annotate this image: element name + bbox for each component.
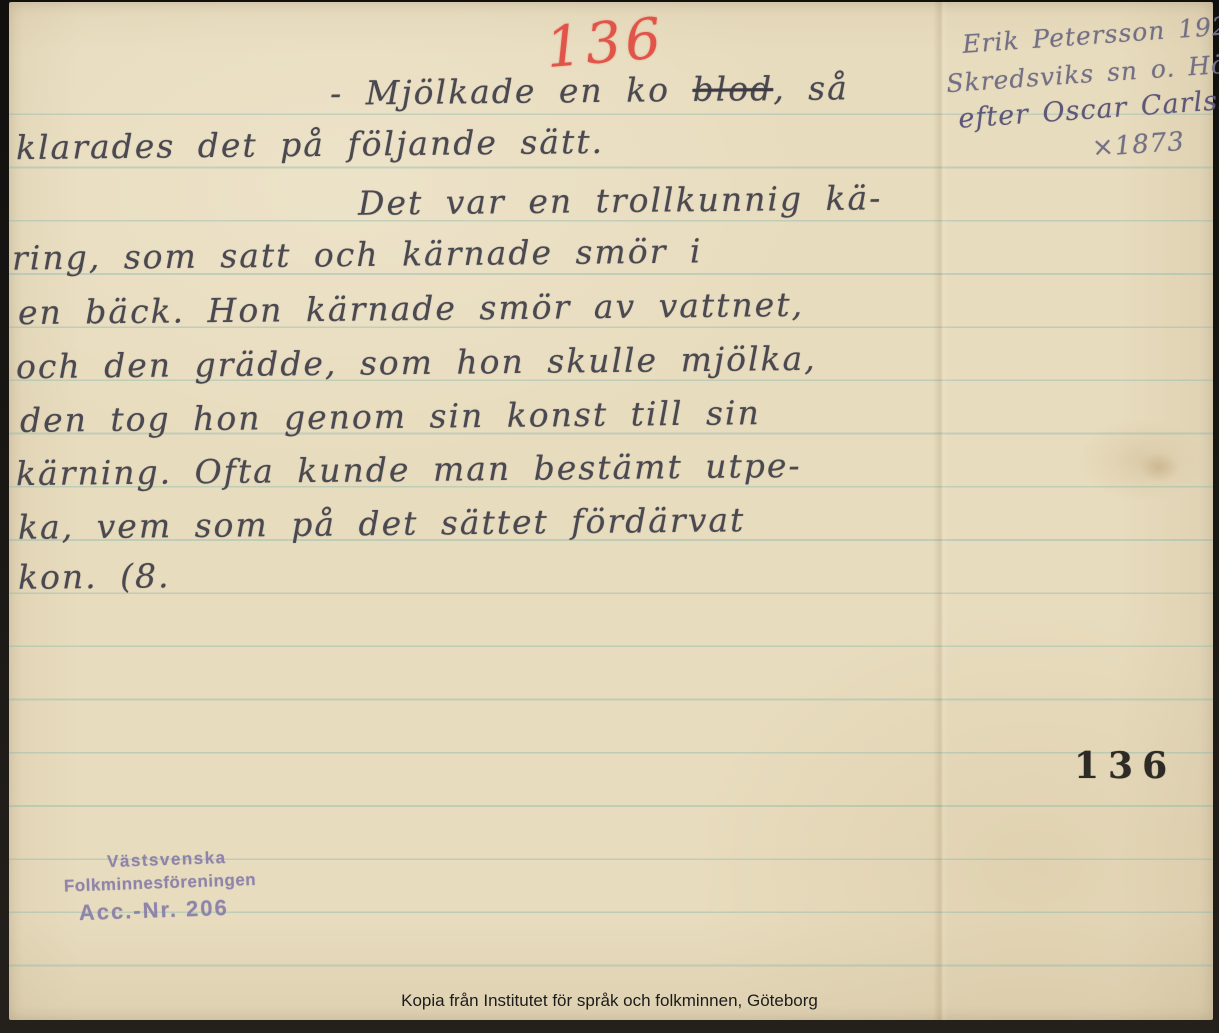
- manuscript-line: - Mjölkade en ko blod, så: [330, 71, 849, 109]
- archive-stamp: Västsvenska Folkminnesföreningen Acc.-Nr…: [63, 846, 275, 926]
- paper-stain: [1139, 452, 1179, 482]
- manuscript-line: och den grädde, som hon skulle mjölka,: [16, 342, 817, 383]
- page-number-printed: 136: [1074, 748, 1176, 784]
- vertical-fold-crease: [933, 2, 949, 1020]
- manuscript-line: klarades det på följande sätt.: [16, 125, 604, 164]
- annotation-birth-year: ×1873: [1091, 129, 1186, 161]
- manuscript-line: en bäck. Hon kärnade smör av vattnet,: [18, 288, 804, 329]
- manuscript-line: kon. (8.: [18, 559, 171, 594]
- manuscript-line: Det var en trollkunnig kä-: [358, 181, 883, 219]
- manuscript-line: kärning. Ofta kunde man bestämt utpe-: [16, 449, 802, 490]
- copy-caption: Kopia från Institutet för språk och folk…: [0, 991, 1219, 1011]
- manuscript-line: den tog hon genom sin konst till sin: [20, 396, 761, 437]
- struck-word: blod: [692, 69, 773, 109]
- scanned-document: 136 Erik Petersson 1921 Skredsviks sn o.…: [0, 0, 1219, 1033]
- manuscript-line: ring, som satt och kärnade smör i: [12, 234, 703, 274]
- page-number-red: 136: [544, 11, 667, 77]
- manuscript-line-text: - Mjölkade en ko: [330, 70, 693, 113]
- manuscript-line-text: , så: [773, 68, 849, 108]
- manuscript-line: ka, vem som på det sättet fördärvat: [18, 503, 746, 544]
- stamp-org-line2: Folkminnesföreningen: [64, 869, 275, 896]
